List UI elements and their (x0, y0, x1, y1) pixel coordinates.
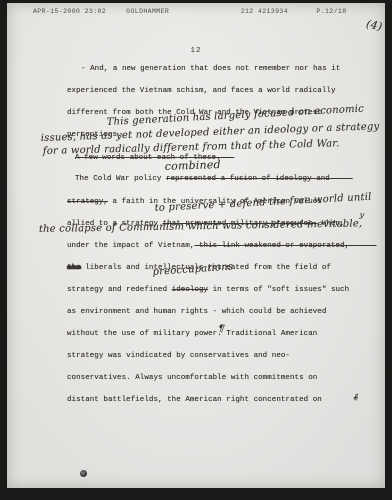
typed-line: - And, a new generation that does not re… (81, 65, 340, 73)
typed-text: - And, a new generation that does not re… (81, 65, 340, 73)
scan-background: APR-15-2000 23:02 GOLDHAMMER 212 4213934… (0, 0, 392, 500)
typed-line: as environment and human rights - which … (67, 308, 326, 316)
fax-sender-name: GOLDHAMMER (126, 8, 241, 15)
typed-line: under the impact of Vietnam, this link w… (67, 242, 376, 250)
typed-text: in terms of "soft issues" such (208, 286, 349, 294)
struck-text: strategy, (67, 198, 108, 206)
fax-page-indicator: P.12/18 (316, 8, 363, 15)
fax-header: APR-15-2000 23:02 GOLDHAMMER 212 4213934… (33, 8, 363, 15)
handwritten-annotation: ¶ (217, 323, 225, 335)
handwritten-annotation: combined (165, 158, 221, 173)
handwritten-annotation: (4) (365, 17, 384, 33)
typed-text: strategy was vindicated by conservatives… (67, 352, 290, 360)
handwritten-annotation: to preserve + defend the free world unti… (154, 192, 371, 214)
typed-line: conservatives. Always uncomfortable with… (67, 374, 317, 382)
typed-line: without the use of military power. Tradi… (67, 330, 317, 338)
fax-number: 212 4213934 (241, 8, 317, 15)
typed-text: conservatives. Always uncomfortable with… (67, 374, 317, 382)
handwritten-annotation: ℓ (353, 392, 359, 403)
fax-page: APR-15-2000 23:02 GOLDHAMMER 212 4213934… (7, 3, 385, 488)
typed-text: strategy and redefined (67, 286, 172, 294)
handwritten-annotation: y (359, 210, 365, 220)
fax-datetime: APR-15-2000 23:02 (33, 8, 126, 15)
typed-text: under the impact of Vietnam, (67, 242, 194, 250)
struck-text: ideology (172, 286, 208, 294)
typed-text: experienced the Vietnam schism, and face… (67, 87, 336, 95)
page-number: 12 (7, 47, 385, 55)
typed-text: as environment and human rights - which … (67, 308, 326, 316)
typed-line: The Cold War policy represented a fusion… (75, 175, 353, 183)
typed-line: experienced the Vietnam schism, and face… (67, 87, 336, 95)
struck-text: the (67, 264, 81, 272)
typed-text: Traditional American (222, 330, 318, 338)
typed-line: strategy was vindicated by conservatives… (67, 352, 290, 360)
typed-line: distant battlefields, the American right… (67, 396, 322, 404)
typed-line: strategy and redefined ideology in terms… (67, 286, 349, 294)
punch-hole-mark (80, 470, 87, 477)
struck-text: represented a fusion of ideology and (166, 175, 353, 183)
typed-text: The Cold War policy (75, 175, 166, 183)
typed-text: without the use of military power. (67, 330, 222, 338)
struck-text: this link weakened or evaporated, (194, 242, 376, 250)
typed-text: distant battlefields, the American right… (67, 396, 322, 404)
